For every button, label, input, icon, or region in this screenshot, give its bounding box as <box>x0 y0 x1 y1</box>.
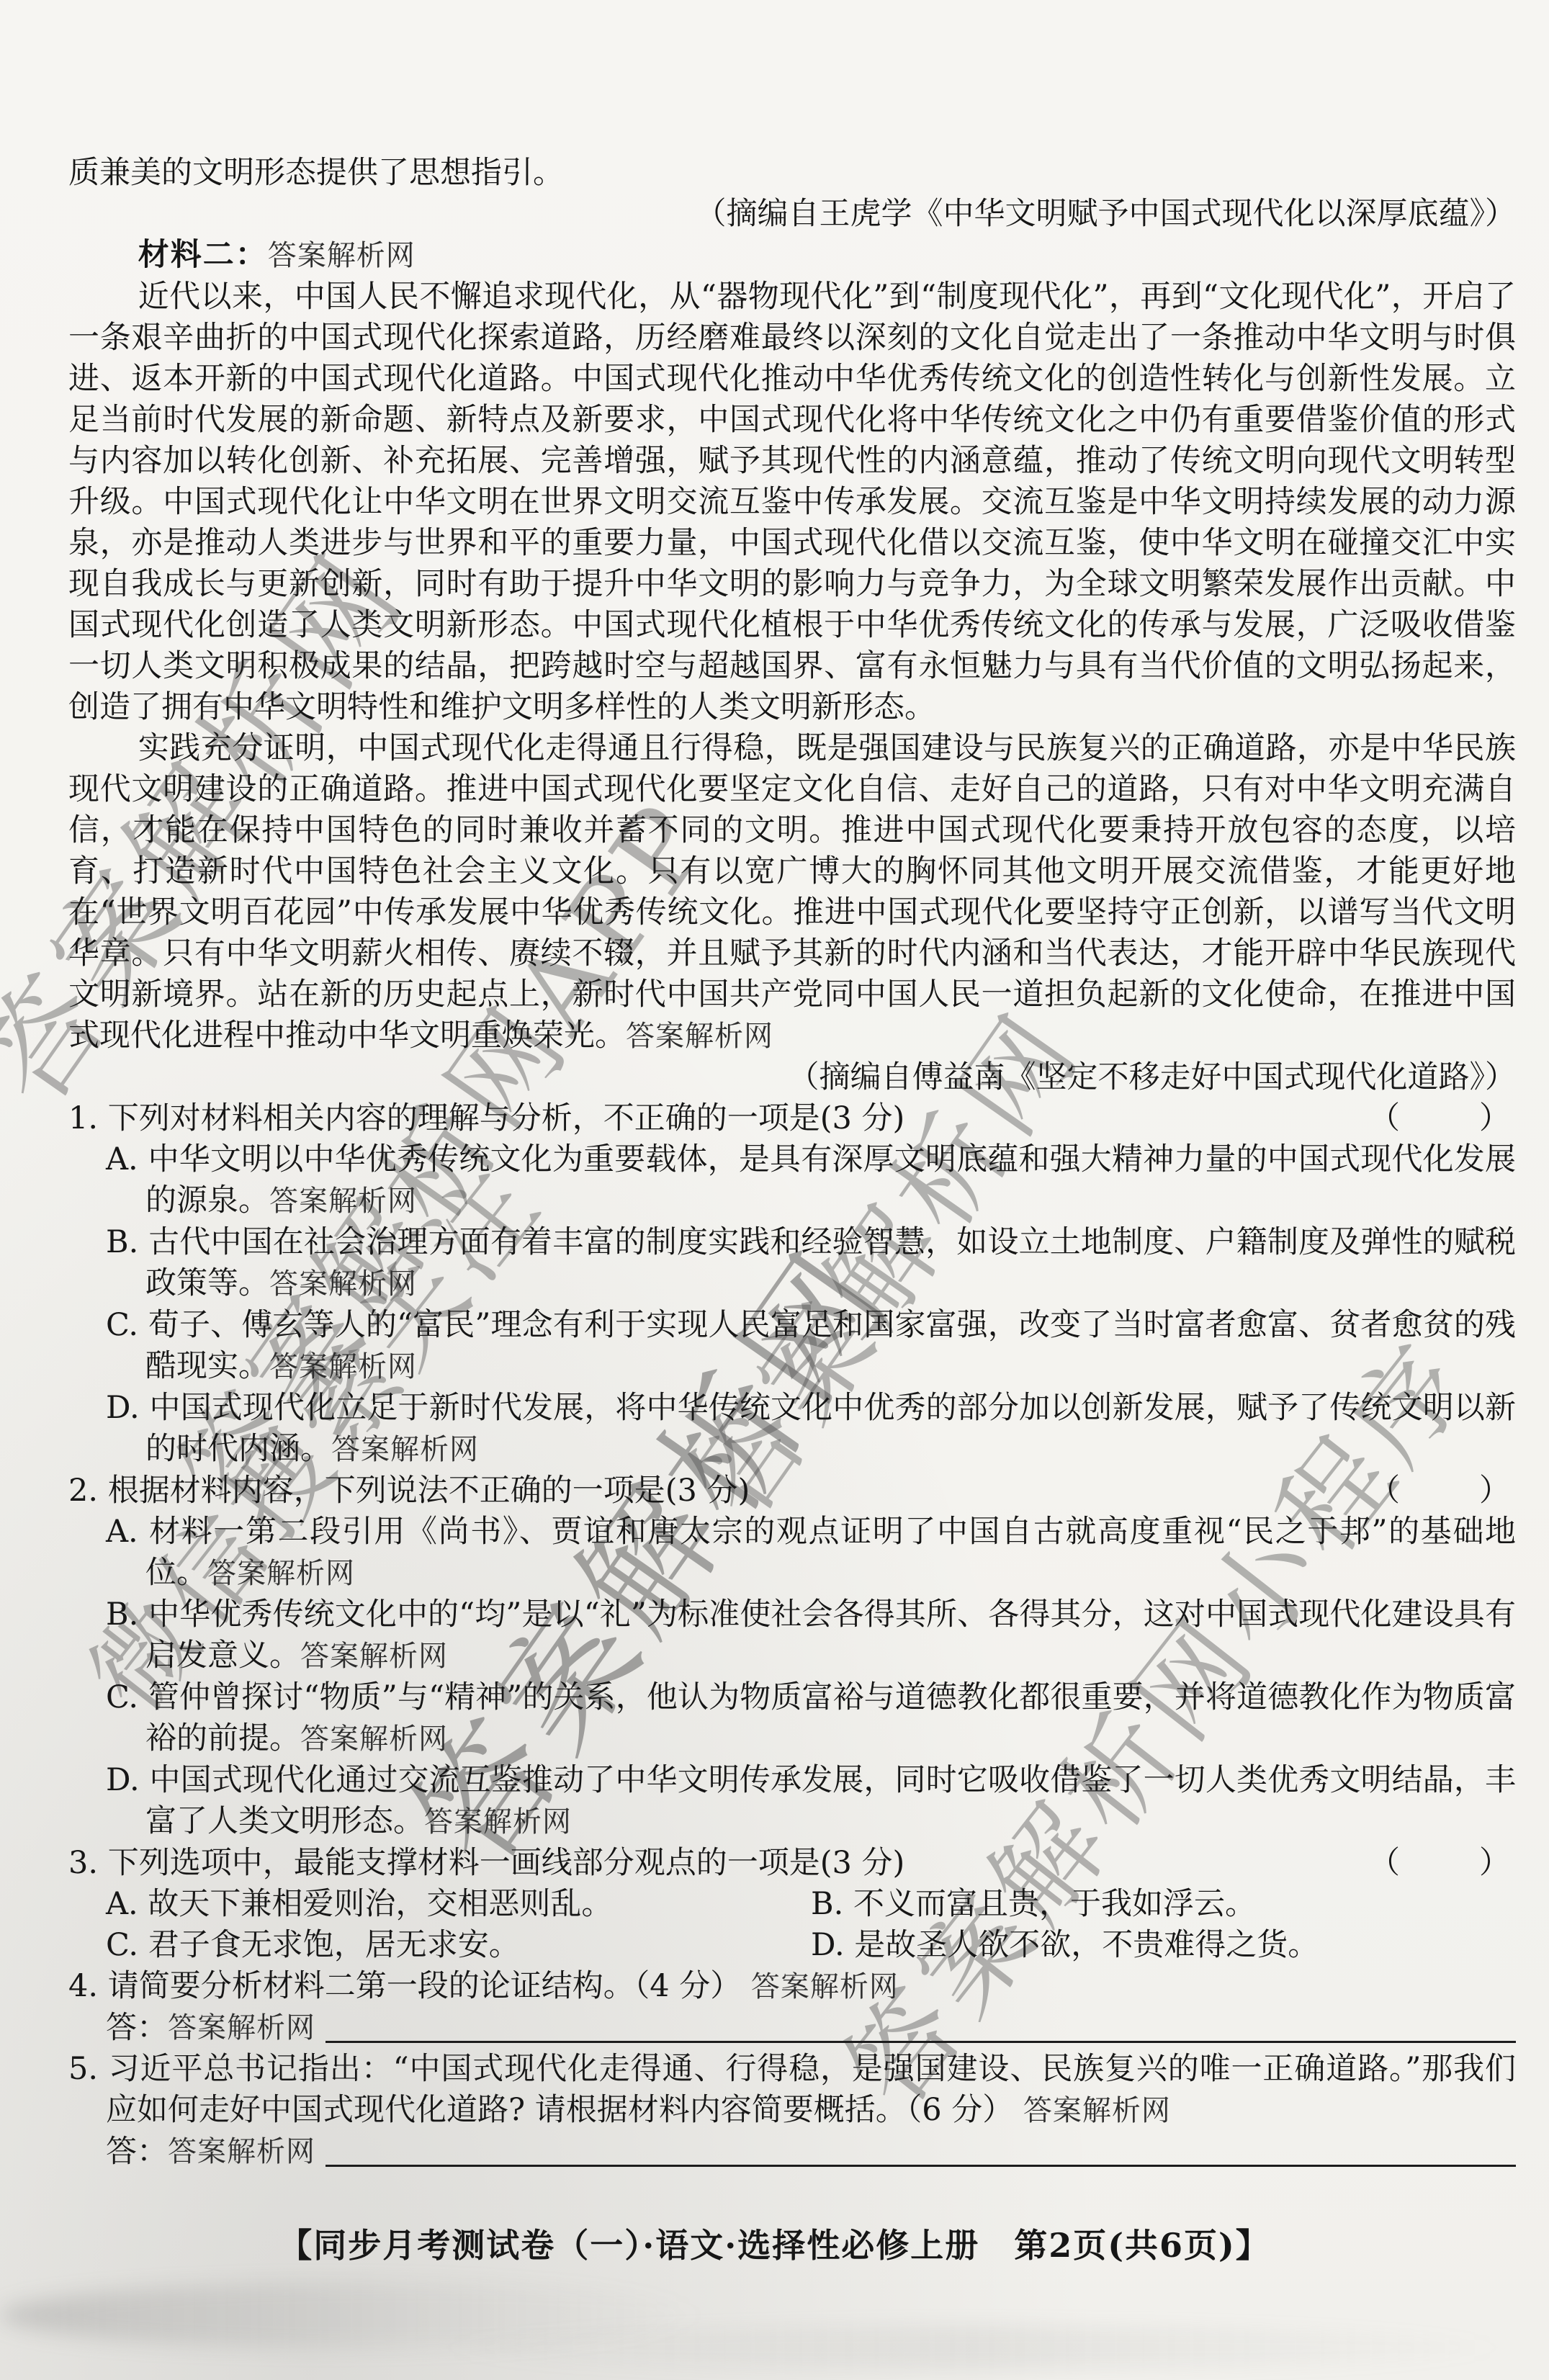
question-number: 2. <box>68 1473 98 1509</box>
passage-attribution-2: （摘编自傅益南《坚定不移走好中国式现代化道路》） <box>68 1057 1516 1098</box>
question-3-stem: （ ）3. 下列选项中，最能支撑材料一画线部分观点的一项是(3 分) <box>68 1843 1516 1884</box>
question-text: 习近平总书记指出：“中国式现代化走得通、行得稳，是强国建设、民族复兴的唯一正确道… <box>106 2051 1516 2128</box>
option-label: C. <box>106 1307 138 1343</box>
answer-bracket: （ ） <box>1406 1843 1516 1884</box>
material2-line: 材料二：答案解析网 <box>68 235 1516 277</box>
scan-smudge <box>432 2326 1512 2369</box>
question-1-option-d: D. 中国式现代化立足于新时代发展，将中华传统文化中优秀的部分加以创新发展，赋予… <box>68 1388 1516 1470</box>
option-label: A. <box>106 1886 138 1922</box>
material2-label: 材料二： <box>138 238 268 272</box>
question-watermark-note: 答案解析网 <box>1023 2094 1171 2127</box>
question-2-stem: （ ）2. 根据材料内容，下列说法不正确的一项是(3 分) <box>68 1470 1516 1512</box>
question-number: 5. <box>68 2051 98 2087</box>
exam-content: 质兼美的文明形态提供了思想指引。 （摘编自王虎学《中华文明赋予中国式现代化以深厚… <box>68 153 1516 2173</box>
question-number: 3. <box>68 1845 98 1881</box>
option-text: 君子食无求饱，居无求安。 <box>148 1927 520 1963</box>
answer-watermark-note: 答案解析网 <box>168 2008 315 2049</box>
option-text: 故天下兼相爱则治，交相恶则乱。 <box>148 1886 612 1922</box>
option-label: A. <box>106 1141 138 1177</box>
option-label: A. <box>106 1514 138 1550</box>
material2-paragraph-2: 实践充分证明，中国式现代化走得通且行得稳，既是强国建设与民族复兴的正确道路，亦是… <box>68 728 1516 1057</box>
question-text: 请简要分析材料二第一段的论证结构。（4 分） <box>108 1968 742 2004</box>
question-text: 下列选项中，最能支撑材料一画线部分观点的一项是(3 分) <box>108 1845 905 1881</box>
answer-watermark-note: 答案解析网 <box>168 2132 315 2173</box>
answer-label: 答： <box>106 2008 168 2049</box>
option-watermark-note: 答案解析网 <box>300 1640 448 1673</box>
passage-intro-line: 质兼美的文明形态提供了思想指引。 <box>68 153 1516 194</box>
option-watermark-note: 答案解析网 <box>269 1185 417 1218</box>
question-text: 下列对材料相关内容的理解与分析，不正确的一项是(3 分) <box>108 1100 905 1136</box>
question-2-option-b: B. 中华优秀传统文化中的“均”是以“礼”为标准使社会各得其所、各得其分，这对中… <box>68 1594 1516 1677</box>
answer-blank-line <box>325 2164 1516 2167</box>
question-number: 4. <box>68 1968 98 2004</box>
question-2-option-d: D. 中国式现代化通过交流互鉴推动了中华文明传承发展，同时它吸收借鉴了一切人类优… <box>68 1760 1516 1843</box>
option-watermark-note: 答案解析网 <box>300 1723 448 1756</box>
question-3-option-a: A. 故天下兼相爱则治，交相恶则乱。 <box>106 1884 811 1925</box>
option-label: B. <box>106 1224 138 1260</box>
question-1-option-a: A. 中华文明以中华优秀传统文化为重要载体，是具有深厚文明底蕴和强大精神力量的中… <box>68 1139 1516 1222</box>
question-3-option-b: B. 不义而富且贵，于我如浮云。 <box>811 1884 1516 1925</box>
question-1-option-c: C. 荀子、傅玄等人的“富民”理念有利于实现人民富足和国家富强，改变了当时富者愈… <box>68 1305 1516 1388</box>
exam-page: 答案解析网 答案解析网APP 微信搜索关注 答案解析网 答案解析网 答案解析网小… <box>0 0 1549 2380</box>
page-footer: 【同步月考测试卷（一）·语文·选择性必修上册 第2页(共6页)】 <box>0 2219 1549 2267</box>
option-label: D. <box>106 1762 140 1798</box>
question-5-answer-line: 答：答案解析网 <box>68 2132 1516 2173</box>
option-label: B. <box>811 1886 843 1922</box>
answer-label: 答： <box>106 2132 168 2173</box>
question-text: 根据材料内容，下列说法不正确的一项是(3 分) <box>108 1473 750 1509</box>
question-2-option-c: C. 管仲曾探讨“物质”与“精神”的关系，他认为物质富裕与道德教化都很重要，并将… <box>68 1677 1516 1760</box>
option-watermark-note: 答案解析网 <box>269 1350 417 1383</box>
passage-attribution-1: （摘编自王虎学《中华文明赋予中国式现代化以深厚底蕴》） <box>68 194 1516 235</box>
question-watermark-note: 答案解析网 <box>751 1970 899 2003</box>
option-watermark-note: 答案解析网 <box>207 1557 355 1590</box>
question-1-stem: （ ）1. 下列对材料相关内容的理解与分析，不正确的一项是(3 分) <box>68 1098 1516 1139</box>
question-number: 1. <box>68 1100 98 1136</box>
material2-paragraph-1: 近代以来，中国人民不懈追求现代化，从“器物现代化”到“制度现代化”，再到“文化现… <box>68 277 1516 728</box>
question-3-option-c: C. 君子食无求饱，居无求安。 <box>106 1925 811 1966</box>
option-watermark-note: 答案解析网 <box>424 1805 572 1838</box>
option-label: D. <box>811 1927 845 1963</box>
option-label: B. <box>106 1597 138 1633</box>
option-label: C. <box>106 1927 138 1963</box>
answer-blank-line <box>325 2040 1516 2043</box>
question-4-answer-line: 答：答案解析网 <box>68 2008 1516 2049</box>
question-3-option-d: D. 是故圣人欲不欲，不贵难得之货。 <box>811 1925 1516 1966</box>
question-3-option-row-1: A. 故天下兼相爱则治，交相恶则乱。 B. 不义而富且贵，于我如浮云。 <box>68 1884 1516 1925</box>
option-text: 中国式现代化通过交流互鉴推动了中华文明传承发展，同时它吸收借鉴了一切人类优秀文明… <box>145 1762 1516 1839</box>
option-text: 是故圣人欲不欲，不贵难得之货。 <box>854 1927 1319 1963</box>
option-label: C. <box>106 1679 138 1715</box>
paragraph-watermark-note: 答案解析网 <box>626 1020 773 1053</box>
option-watermark-note: 答案解析网 <box>269 1267 417 1301</box>
question-2-option-a: A. 材料一第二段引用《尚书》、贾谊和唐太宗的观点证明了中国自古就高度重视“民之… <box>68 1512 1516 1594</box>
option-text: 不义而富且贵，于我如浮云。 <box>853 1886 1256 1922</box>
question-5-stem: 5. 习近平总书记指出：“中国式现代化走得通、行得稳，是强国建设、民族复兴的唯一… <box>68 2049 1516 2132</box>
question-1-option-b: B. 古代中国在社会治理方面有着丰富的制度实践和经验智慧，如设立土地制度、户籍制… <box>68 1222 1516 1305</box>
question-4-stem: 4. 请简要分析材料二第一段的论证结构。（4 分） 答案解析网 <box>68 1966 1516 2008</box>
question-3-option-row-2: C. 君子食无求饱，居无求安。 D. 是故圣人欲不欲，不贵难得之货。 <box>68 1925 1516 1966</box>
option-label: D. <box>106 1390 140 1426</box>
material2-watermark-note: 答案解析网 <box>268 239 416 272</box>
answer-bracket: （ ） <box>1406 1098 1516 1139</box>
answer-bracket: （ ） <box>1406 1470 1516 1512</box>
option-watermark-note: 答案解析网 <box>331 1433 479 1466</box>
